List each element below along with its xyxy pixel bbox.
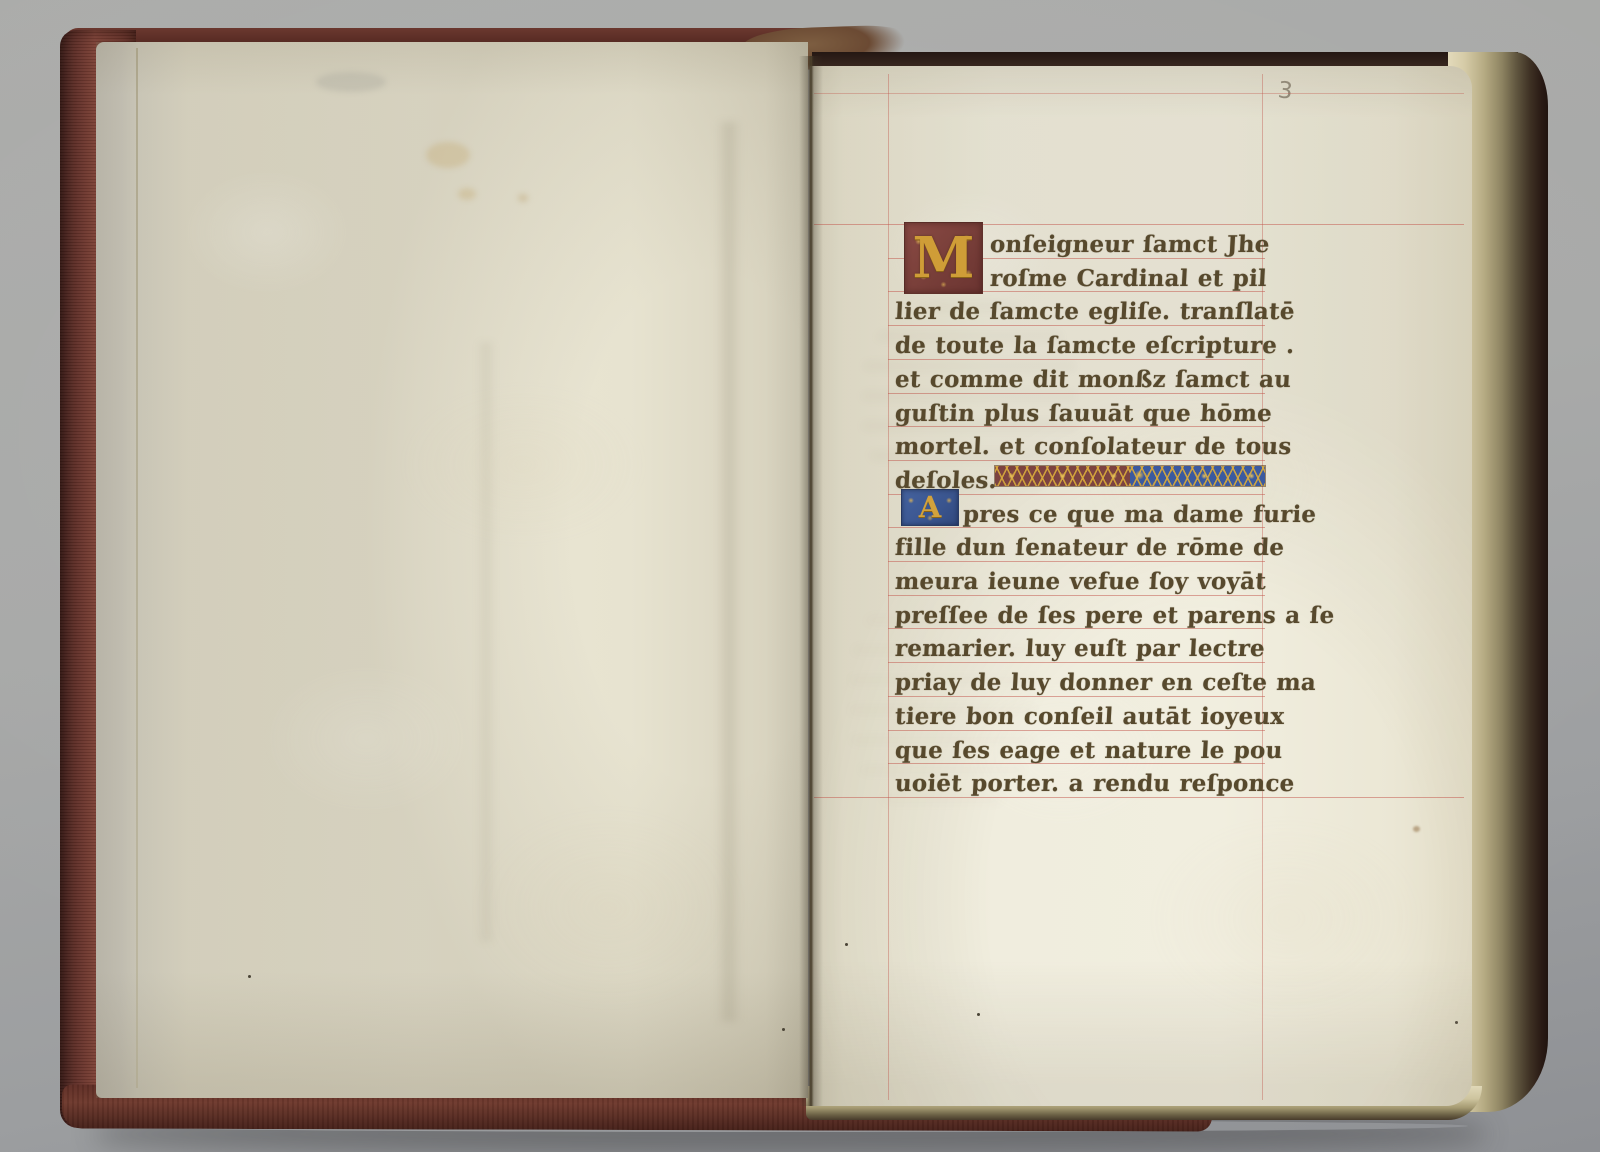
vellum-texture [96, 42, 808, 1098]
gutter-fold-shadow [799, 56, 823, 1106]
vellum-stain [458, 188, 476, 200]
manuscript-text-line: roſme Cardinal et pil [989, 262, 1268, 296]
manuscript-text-line: fille dun ſenateur de rōme de [894, 531, 1285, 565]
ink-speck [248, 975, 251, 978]
vellum-stain [1413, 826, 1420, 832]
ink-speck [845, 943, 848, 946]
show-through-ghost-text [850, 586, 1035, 816]
ink-speck [977, 1013, 980, 1016]
ink-speck [1455, 1021, 1458, 1024]
text-block: onſeigneur ſamct Jheroſme Cardinal et pi… [810, 66, 1472, 1106]
vellum-smudge [316, 72, 386, 92]
show-through-ghost-text [862, 302, 1077, 502]
photograph-of-open-manuscript: 3 M A onſeigneur ſamct Jheroſme Cardinal… [0, 0, 1600, 1152]
flyleaf-page-edge [136, 48, 138, 1088]
vellum-wrinkle [716, 122, 742, 1022]
vellum-stain [518, 194, 528, 202]
manuscript-text-line: pres ce que ma dame furie [962, 498, 1317, 532]
vellum-stain [426, 142, 470, 168]
blank-verso-page [96, 42, 808, 1098]
ink-speck [782, 1028, 785, 1031]
manuscript-text-page: 3 M A onſeigneur ſamct Jheroſme Cardinal… [810, 66, 1472, 1106]
vellum-wrinkle [476, 342, 496, 942]
manuscript-text-line: onſeigneur ſamct Jhe [989, 228, 1270, 262]
